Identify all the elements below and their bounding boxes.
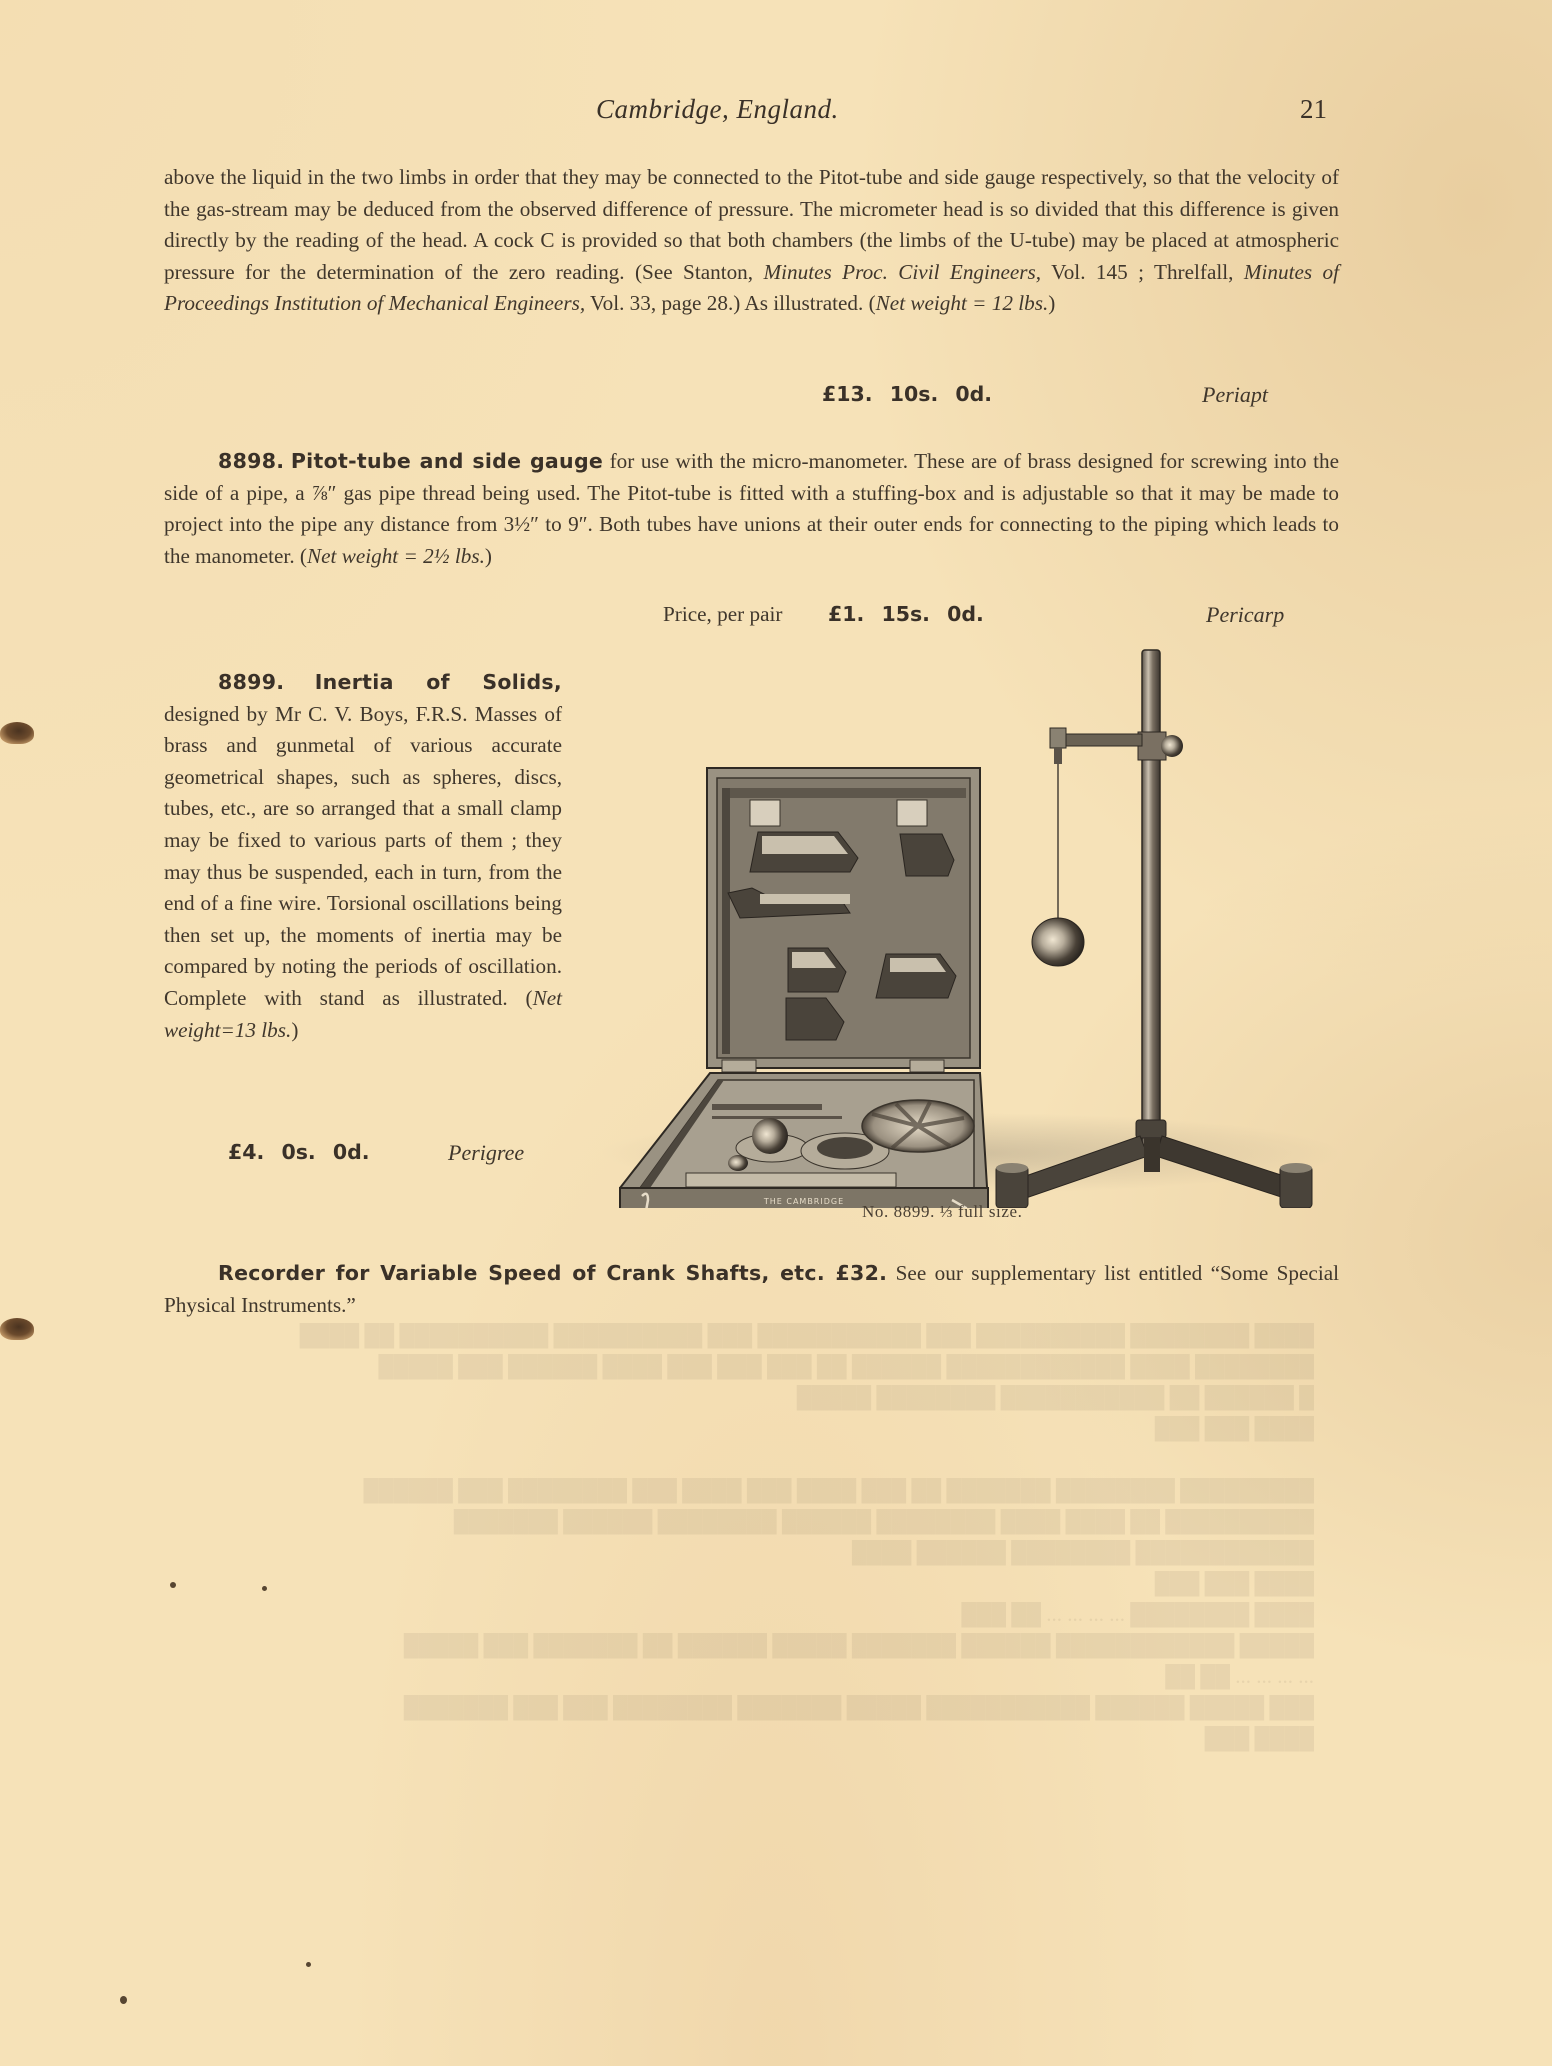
entry-description: designed by Mr C. V. Boys, F.R.S. Masses… [164,702,562,1010]
entry-8898: 8898. Pitot-tube and side gauge for use … [164,446,1339,572]
telegraph-code-word: Perigree [448,1140,524,1166]
paren-close: ) [1048,291,1055,315]
net-weight: Net weight = 2½ lbs. [307,544,485,568]
entry-number: 8899. [218,670,284,694]
telegraph-code-word: Periapt [1202,382,1268,408]
reference-journal: Minutes Proc. Civil Engineers, [764,260,1042,284]
reference-text: Vol. 145 ; Threlfall, [1041,260,1244,284]
telegraph-code-word: Pericarp [1206,602,1284,628]
recorder-note: Recorder for Variable Speed of Crank Sha… [164,1258,1339,1321]
entry-title: Inertia of Solids, [315,670,562,694]
continued-entry-text: above the liquid in the two limbs in ord… [164,162,1339,320]
punch-hole-upper [0,722,34,744]
text-line: above the liquid in the two limbs in ord… [164,165,979,189]
figure-inertia-of-solids: THE CAMBRIDGE SCIENTIFIC INSTRUMENT CO L… [600,648,1340,1208]
price-line-8899: £4. 0s. 0d. Perigree [0,1140,600,1172]
reference-text: Vol. 33, page 28.) As illustrated. ( [585,291,876,315]
text-line: of the head. A cock C is provided so tha… [366,228,1207,252]
paper-speck [262,1586,267,1591]
paper-speck [120,1996,127,2004]
price: £4. 0s. 0d. [228,1140,370,1164]
price-label: Price, per pair [663,602,782,627]
price-line-8898: Price, per pair £1. 15s. 0d. Pericarp [0,602,1552,634]
paper-speck [306,1962,311,1967]
paren-close: ) [291,1018,298,1042]
entry-8899: 8899. Inertia of Solids, designed by Mr … [164,667,562,1046]
running-head: Cambridge, England. 21 [0,94,1552,134]
paper-speck [170,1582,176,1588]
paren-close: ) [485,544,492,568]
price: £1. 15s. 0d. [828,602,984,626]
price: £13. 10s. 0d. [822,382,992,406]
price-line-continued: £13. 10s. 0d. Periapt [0,382,1552,414]
running-title: Cambridge, England. [596,94,839,125]
net-weight: Net weight = 12 lbs. [876,291,1049,315]
show-through-text: ████ ████████ ██████████ ███ ███████████… [164,1320,1314,1754]
box-label-line1: THE CAMBRIDGE [763,1197,844,1206]
page-number: 21 [1300,94,1327,125]
recorder-title: Recorder for Variable Speed of Crank Sha… [218,1261,887,1285]
entry-number: 8898. [218,449,284,473]
figure-caption: No. 8899. ⅓ full size. [862,1202,1023,1222]
catalogue-page: ████ ████████ ██████████ ███ ███████████… [0,0,1552,2066]
punch-hole-lower [0,1318,34,1340]
entry-title: Pitot-tube and side gauge [291,449,603,473]
engraving-illustration: THE CAMBRIDGE SCIENTIFIC INSTRUMENT CO L… [600,648,1340,1208]
